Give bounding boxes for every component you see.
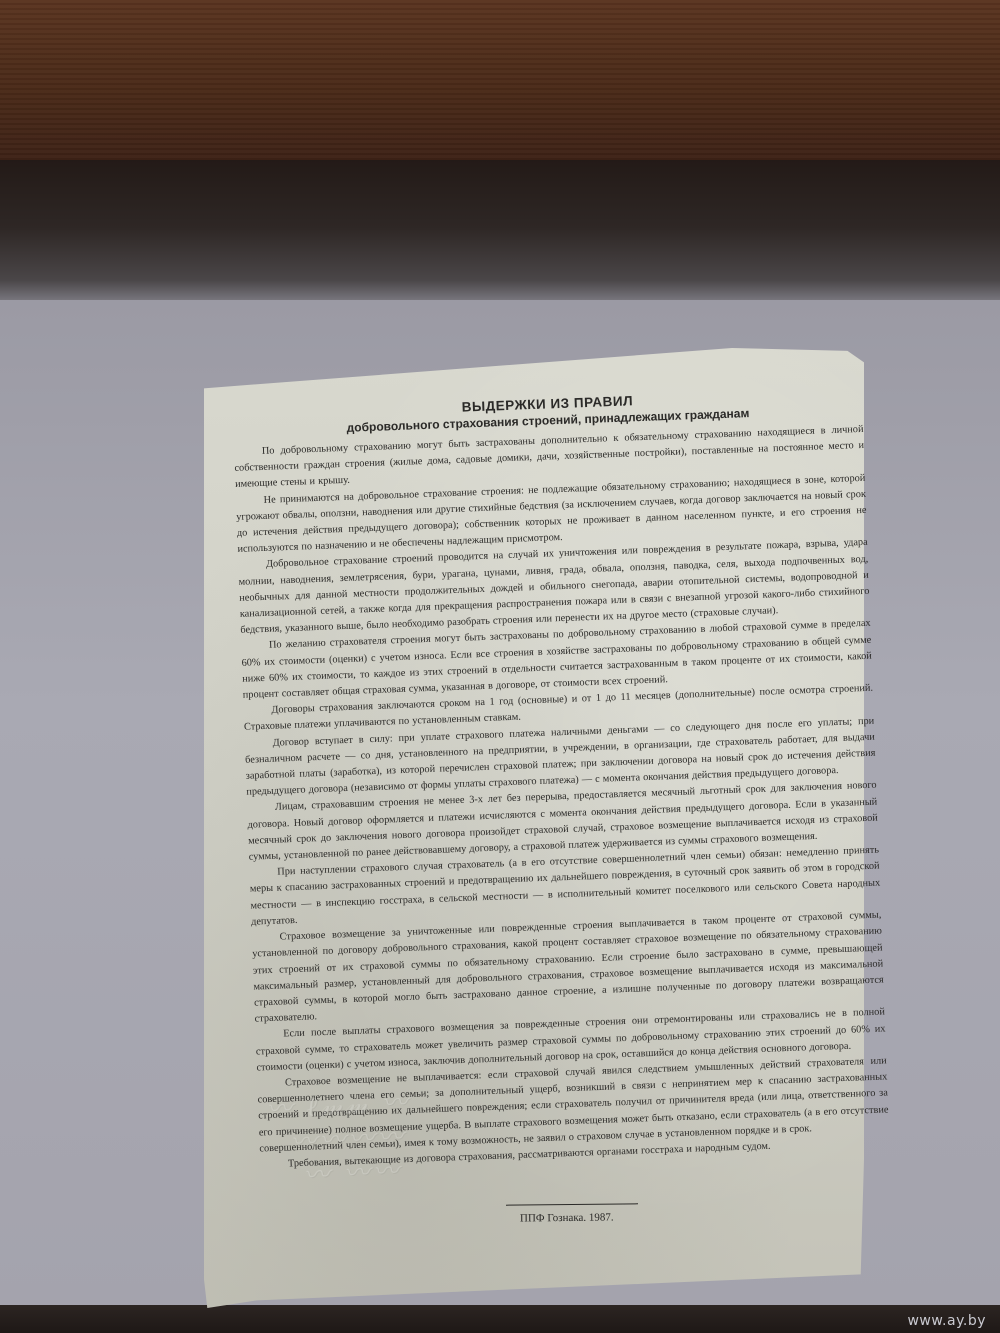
shelf-shadow (0, 160, 1000, 310)
wooden-shelf (0, 0, 1000, 160)
bottom-dark-edge: www.ay.by (0, 1305, 1000, 1333)
printer-imprint: ППФ Гознака. 1987. (520, 1212, 614, 1225)
document-body: ВЫДЕРЖКИ ИЗ ПРАВИЛ добровольного страхов… (232, 377, 890, 1174)
handwriting-imprint: 〰 ℓ𝓂𝓂 〰 〰〰〰〰 〰 〰〰 (265, 1071, 690, 1203)
watermark: www.ay.by (907, 1313, 986, 1329)
